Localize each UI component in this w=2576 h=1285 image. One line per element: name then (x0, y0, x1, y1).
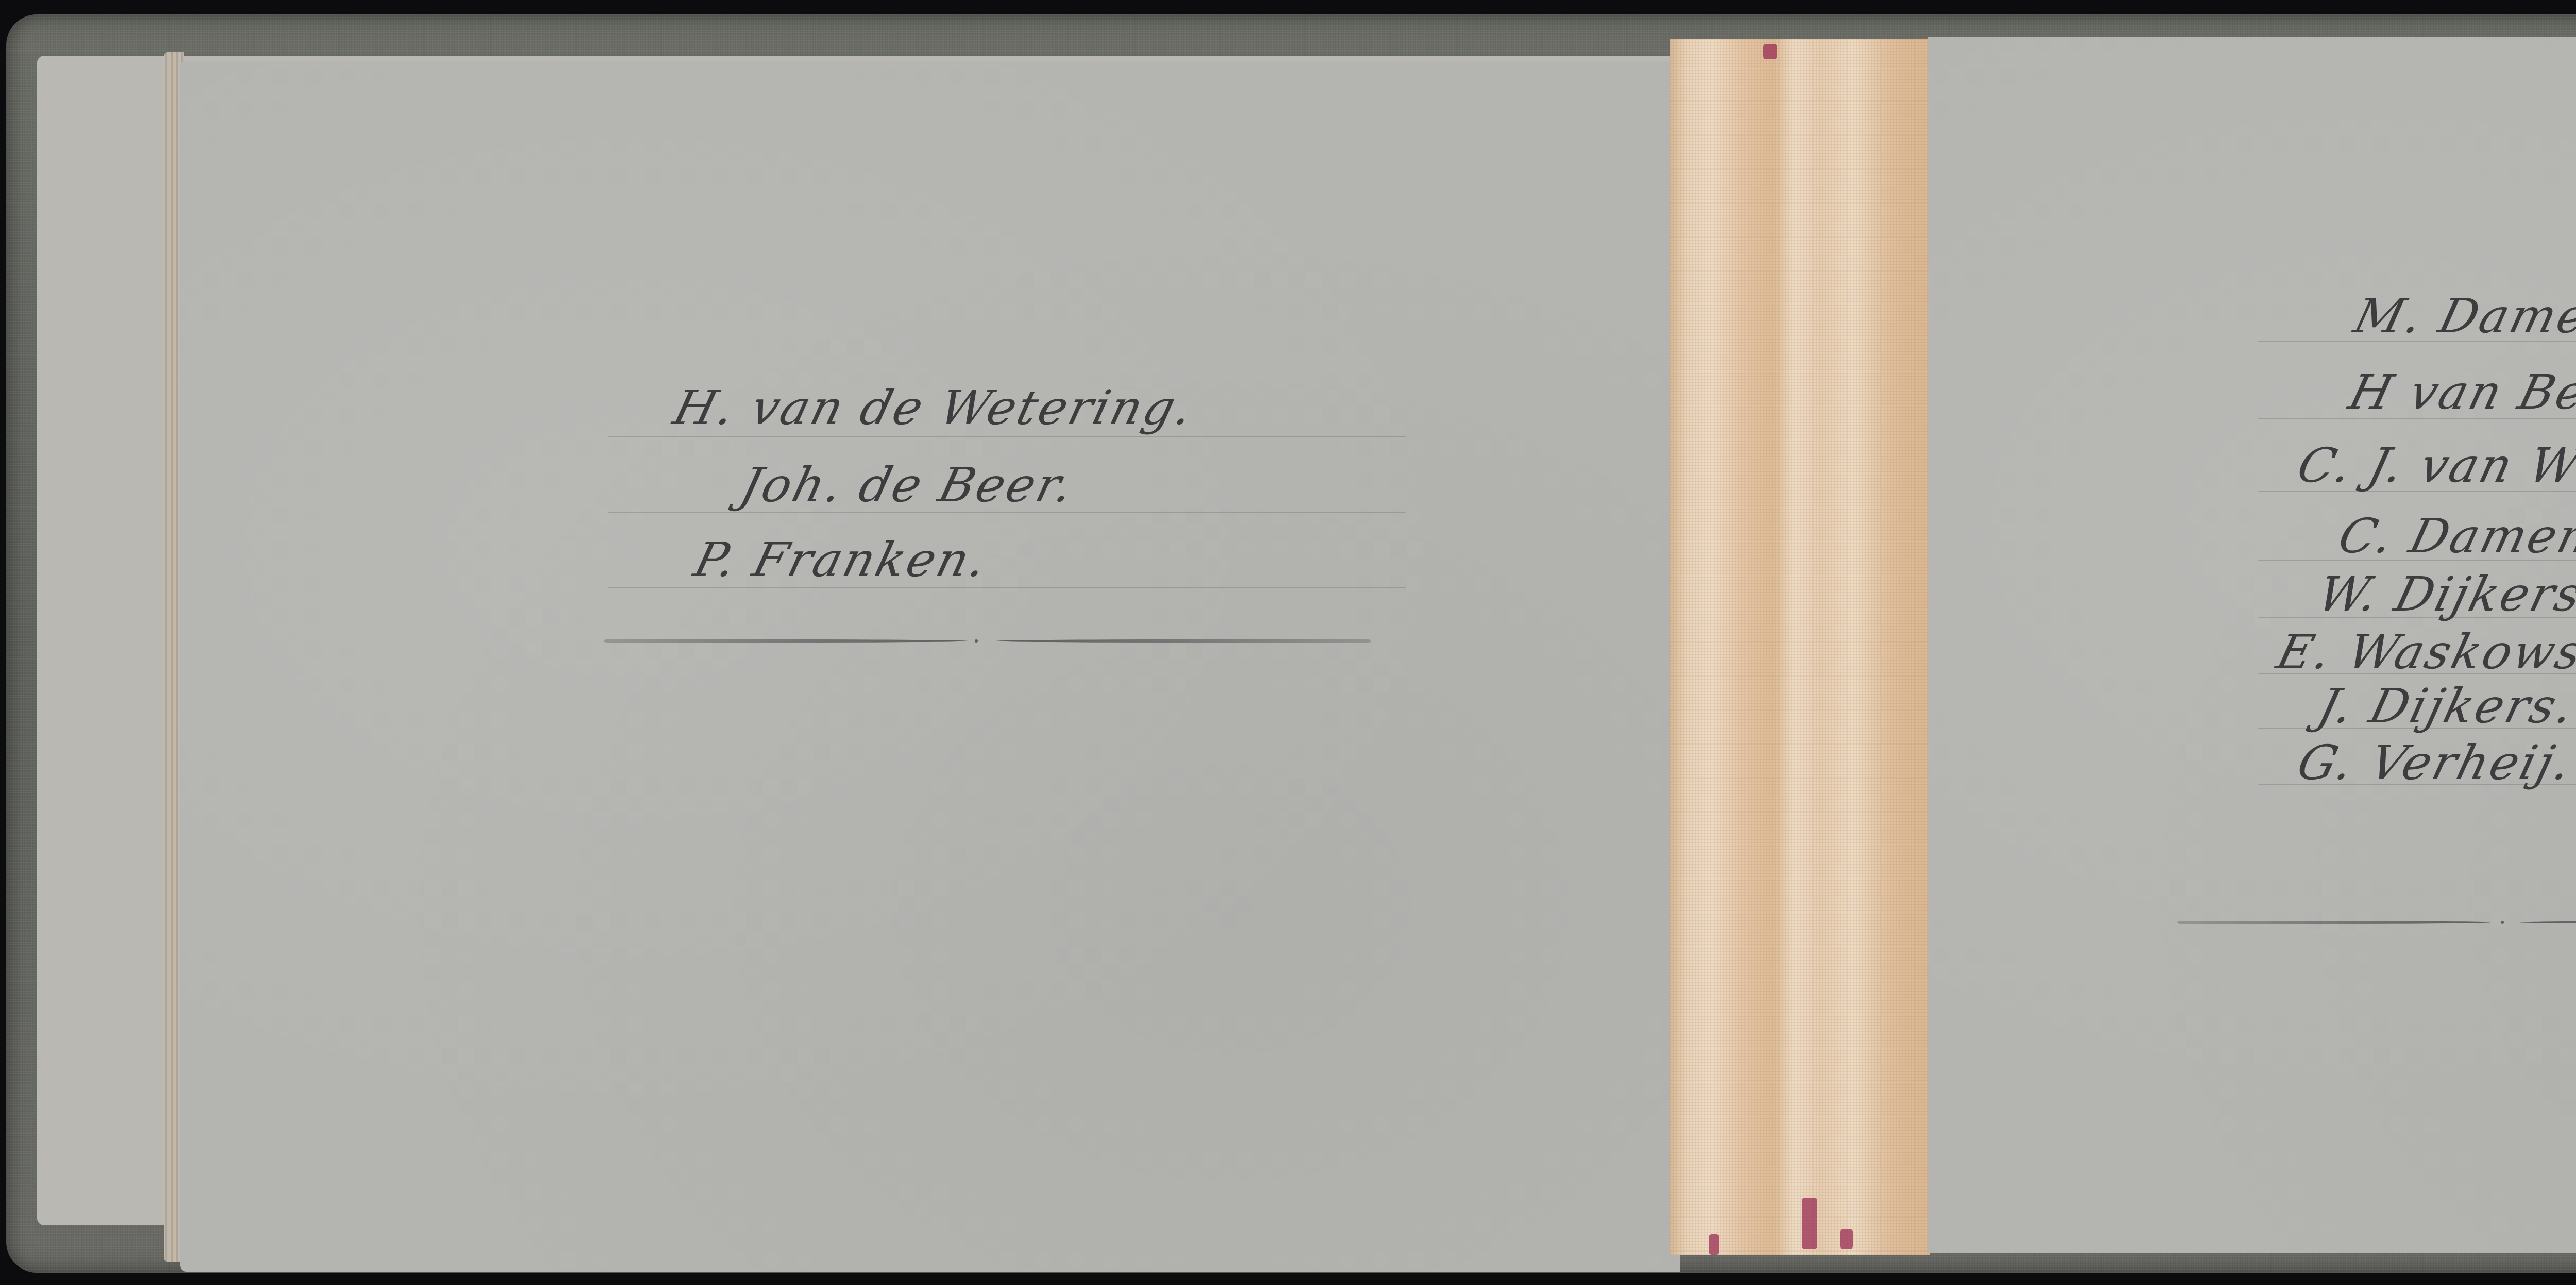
signature-name: W. Dijkers. (2313, 567, 2576, 622)
ink-stain (1709, 1234, 1719, 1255)
signature-name: M. Damen. (2349, 289, 2576, 344)
signature-name: Joh. de Beer. (735, 458, 1081, 513)
flourish-left-bar (604, 639, 969, 642)
ink-stain (1763, 44, 1777, 59)
signature-name: G. Verheij. (2292, 735, 2576, 790)
signature-name: H. van de Wetering. (668, 380, 1200, 435)
flourish-right-bar (2520, 921, 2576, 924)
signature-name: J. Dijkers. (2313, 679, 2576, 734)
right-page: M. Damen. H van Beest. C. J. van Willige… (1928, 37, 2576, 1253)
ink-stain (1840, 1229, 1853, 1249)
ink-stain (1802, 1198, 1817, 1249)
left-page: H. van de Wetering. Joh. de Beer. P. Fra… (180, 61, 1680, 1272)
closing-flourish-rule (2177, 921, 2576, 924)
signature-name: H van Beest. (2344, 365, 2576, 420)
flourish-center-dot (975, 639, 978, 642)
flourish-right-bar (995, 639, 1371, 642)
signature-name: C. J. van Willigen. (2292, 438, 2576, 493)
signature-name: C. Damen. (2333, 509, 2576, 564)
linen-weave-texture (1670, 39, 1930, 1255)
signature-name: P. Franken. (689, 532, 994, 587)
signature-name: E. Waskowsky. (2272, 624, 2576, 680)
book-spine-linen (1670, 39, 1930, 1255)
flourish-left-bar (2177, 921, 2490, 924)
closing-flourish-rule (604, 639, 1371, 642)
ruled-guide-line (608, 587, 1406, 588)
ruled-guide-line (608, 436, 1406, 437)
flourish-center-dot (2501, 921, 2504, 924)
